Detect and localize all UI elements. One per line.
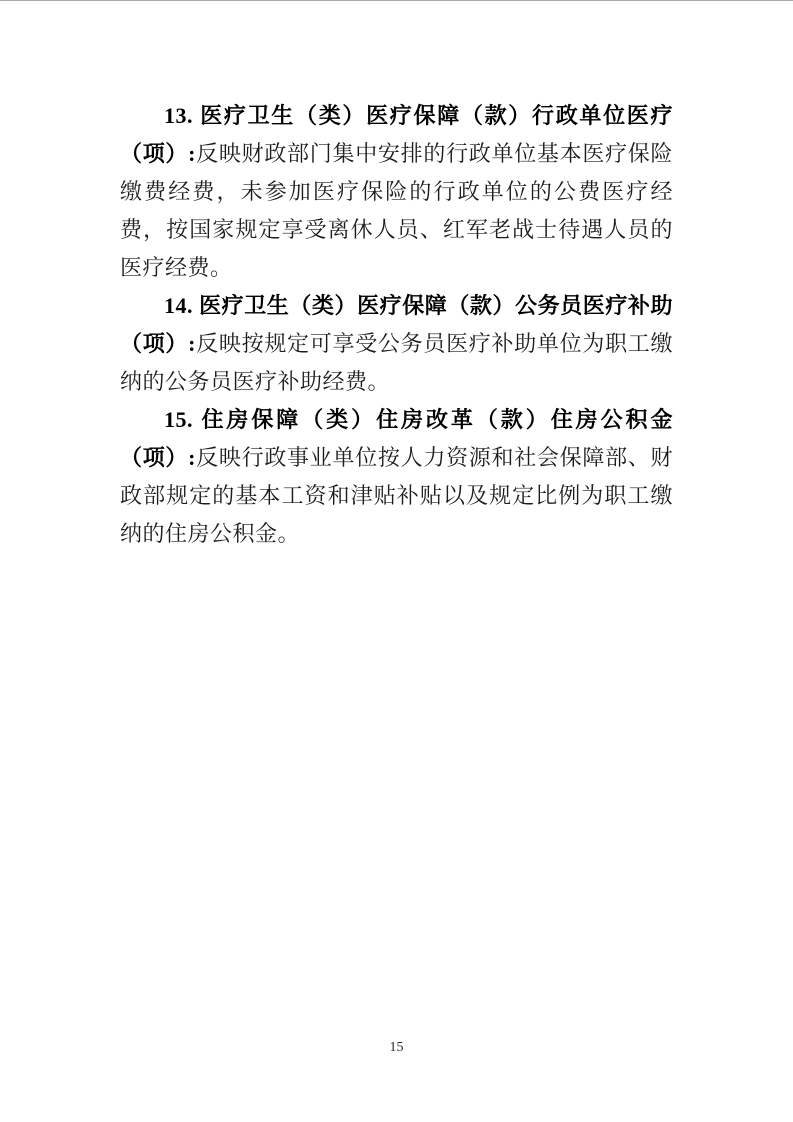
paragraph-body: 反映财政部门集中安排的行政单位基本医疗保险缴费经费，未参加医疗保险的行政单位的公… [120, 141, 673, 280]
paragraph-item-13: 13. 医疗卫生（类）医疗保障（款）行政单位医疗（项）:反映财政部门集中安排的行… [120, 97, 673, 287]
page-number: 15 [390, 1040, 404, 1055]
page-footer: 15 [0, 1038, 793, 1056]
scan-edge-line [0, 0, 793, 1]
paragraph-item-14: 14. 医疗卫生（类）医疗保障（款）公务员医疗补助（项）:反映按规定可享受公务员… [120, 287, 673, 401]
paragraph-body: 反映行政事业单位按人力资源和社会保障部、财政部规定的基本工资和津贴补贴以及规定比… [120, 445, 673, 546]
paragraph-body: 反映按规定可享受公务员医疗补助单位为职工缴纳的公务员医疗补助经费。 [120, 331, 673, 394]
paragraph-item-15: 15. 住房保障（类）住房改革（款）住房公积金（项）:反映行政事业单位按人力资源… [120, 401, 673, 553]
document-page: { "document": { "paragraphs": [ { "headi… [0, 0, 793, 1122]
document-body: 13. 医疗卫生（类）医疗保障（款）行政单位医疗（项）:反映财政部门集中安排的行… [120, 97, 673, 553]
